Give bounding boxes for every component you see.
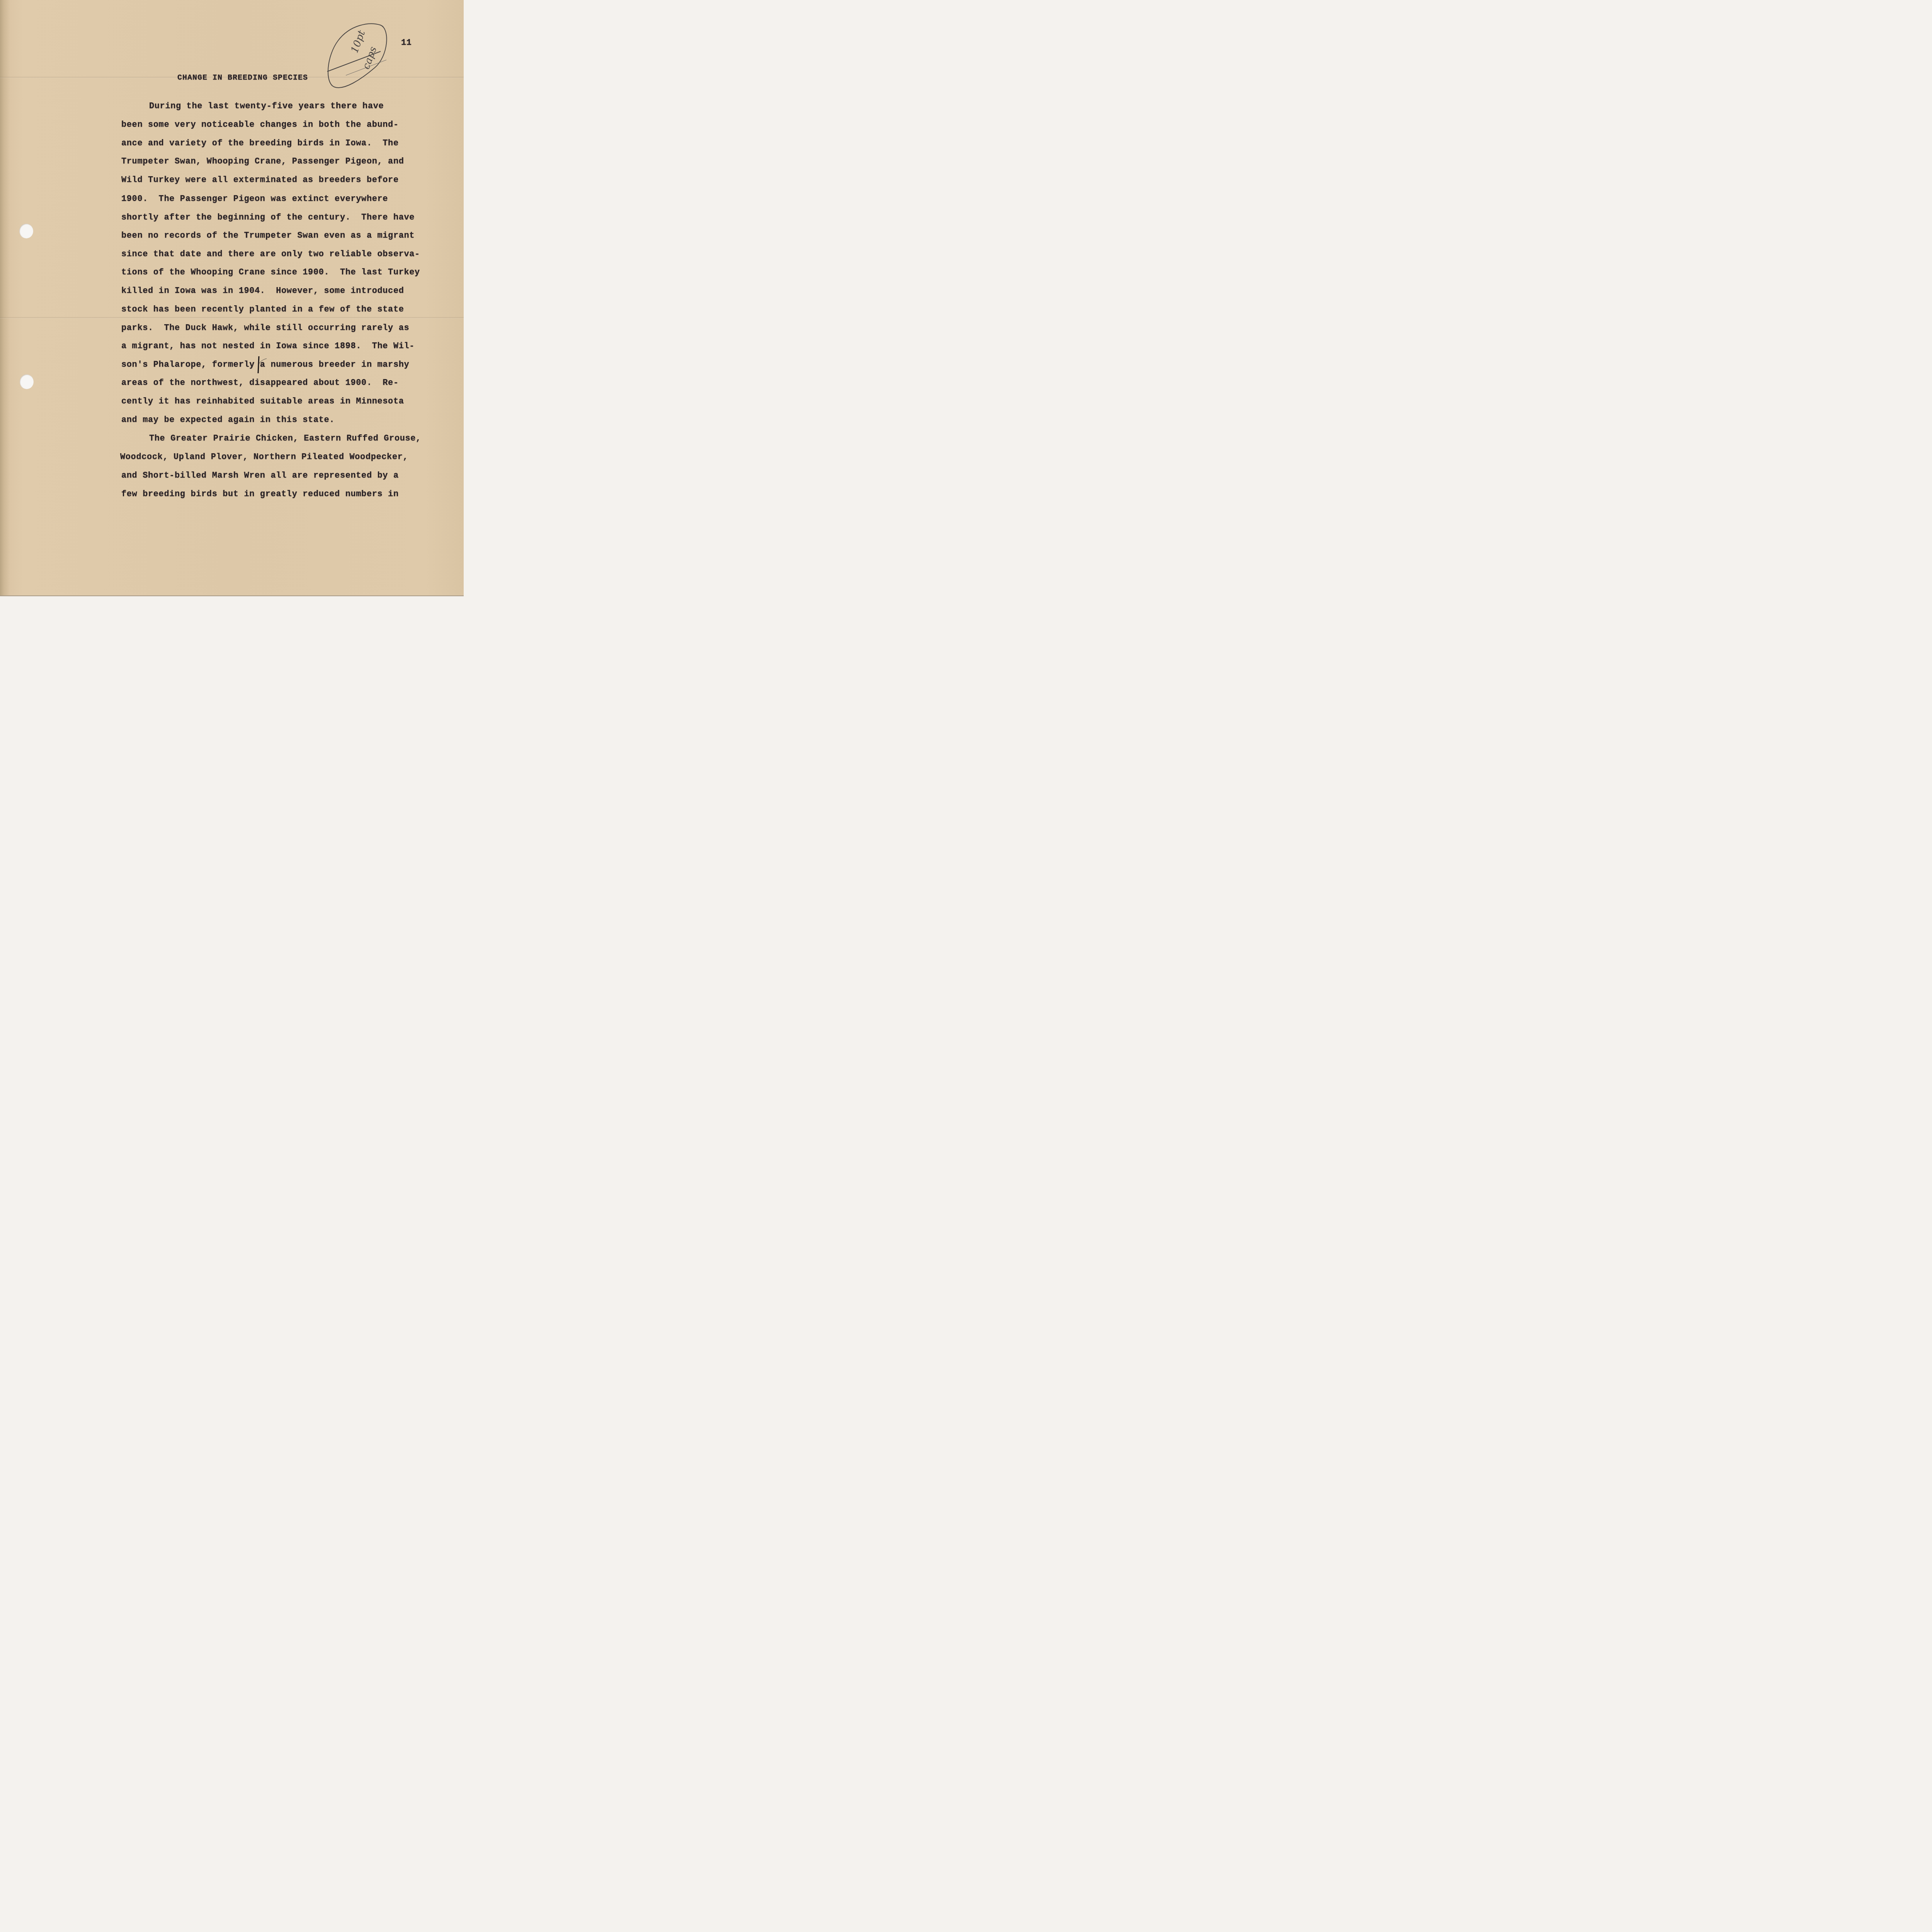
text-line: parks. The Duck Hawk, while still occurr… (121, 323, 409, 333)
text-line: tions of the Whooping Crane since 1900. … (121, 267, 420, 277)
paper-fold-line (0, 317, 464, 318)
text-line: The Greater Prairie Chicken, Eastern Ruf… (149, 434, 421, 443)
text-line: been some very noticeable changes in bot… (121, 120, 399, 129)
text-line: shortly after the beginning of the centu… (121, 213, 415, 222)
text-line: During the last twenty-five years there … (149, 101, 384, 111)
text-line: Wild Turkey were all exterminated as bre… (121, 175, 399, 185)
text-line: Trumpeter Swan, Whooping Crane, Passenge… (121, 156, 404, 166)
text-line: Woodcock, Upland Plover, Northern Pileat… (120, 452, 408, 462)
text-line: since that date and there are only two r… (121, 249, 420, 259)
text-line: 1900. The Passenger Pigeon was extinct e… (121, 194, 388, 204)
page-title: CHANGE IN BREEDING SPECIES (177, 73, 308, 82)
manuscript-page: 11 CHANGE IN BREEDING SPECIES 10pt caps … (0, 0, 464, 596)
punch-hole-icon (19, 224, 33, 238)
text-line: killed in Iowa was in 1904. However, som… (121, 286, 404, 296)
text-line: ance and variety of the breeding birds i… (121, 138, 399, 148)
text-line: cently it has reinhabited suitable areas… (121, 396, 404, 406)
text-line: been no records of the Trumpeter Swan ev… (121, 231, 415, 240)
text-line: few breeding birds but in greatly reduce… (121, 489, 399, 499)
text-line: stock has been recently planted in a few… (121, 304, 404, 314)
text-line: a migrant, has not nested in Iowa since … (121, 341, 415, 351)
page-number: 11 (401, 38, 412, 48)
text-line: and Short-billed Marsh Wren all are repr… (121, 471, 399, 480)
pencil-annotation: 10pt caps (323, 17, 392, 93)
text-line: and may be expected again in this state. (121, 415, 335, 425)
punch-hole-icon (20, 374, 34, 389)
text-line: areas of the northwest, disappeared abou… (121, 378, 399, 388)
pen-correction-mark-icon (252, 355, 267, 375)
